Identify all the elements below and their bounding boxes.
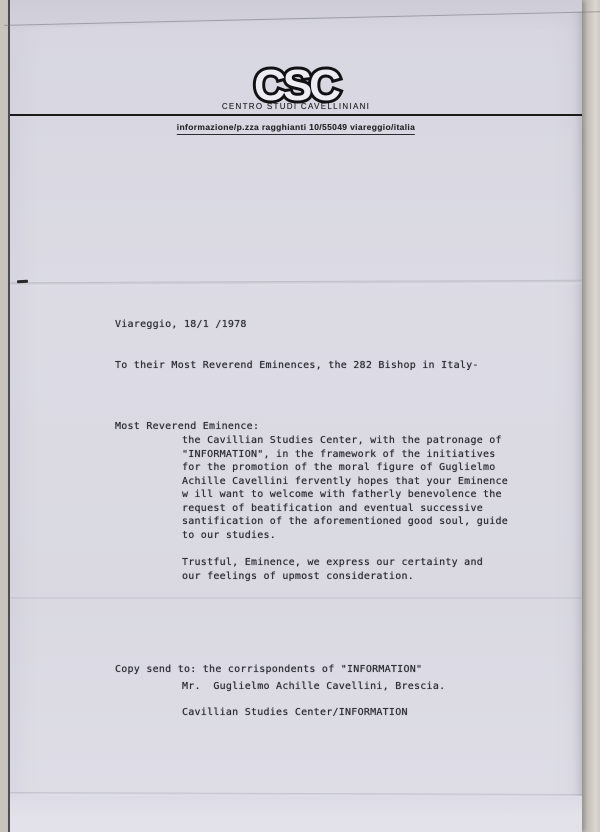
body-paragraph-2: Trustful, Eminence, we express our certa… (182, 556, 483, 583)
text-line: Achille Cavellini fervently hopes that y… (182, 475, 508, 489)
letterhead-address: informazione/p.zza ragghianti 10/55049 v… (177, 122, 415, 135)
signature-line: Cavillian Studies Center/INFORMATION (182, 706, 408, 720)
body-paragraph-1: the Cavillian Studies Center, with the p… (182, 434, 508, 542)
salutation: Most Reverend Eminence: (115, 420, 259, 434)
text-line: to our studies. (182, 529, 508, 543)
text-line: our feelings of upmost consideration. (182, 570, 483, 584)
text-line: santification of the aforementioned good… (182, 515, 508, 529)
letterhead-rule (10, 114, 582, 116)
cc-line: Copy send to: the corrispondents of "INF… (115, 663, 422, 677)
middle-fold-crease (10, 280, 582, 286)
org-name: CENTRO STUDI CAVELLINIANI (222, 102, 370, 111)
text-line: for the promotion of the moral figure of… (182, 461, 508, 475)
photo-of-letter: { "photo": { "background_color": "#c9c4b… (0, 0, 600, 832)
text-line: w ill want to welcome with fatherly bene… (182, 488, 508, 502)
text-line: Trustful, Eminence, we express our certa… (182, 556, 483, 570)
top-fold-crease (10, 0, 582, 30)
cc-name: Mr. Guglielmo Achille Cavellini, Brescia… (182, 680, 445, 694)
text-line: request of beatification and eventual su… (182, 502, 508, 516)
text-line: the Cavillian Studies Center, with the p… (182, 434, 508, 448)
text-line: "INFORMATION", in the framework of the i… (182, 448, 508, 462)
recipient-line: To their Most Reverend Eminences, the 28… (115, 359, 479, 373)
dateline: Viareggio, 18/1 /1978 (115, 318, 247, 332)
faint-crease (10, 597, 582, 599)
letter-paper: CSC CENTRO STUDI CAVELLINIANI informazio… (8, 0, 582, 832)
bottom-fold-area (10, 796, 582, 832)
